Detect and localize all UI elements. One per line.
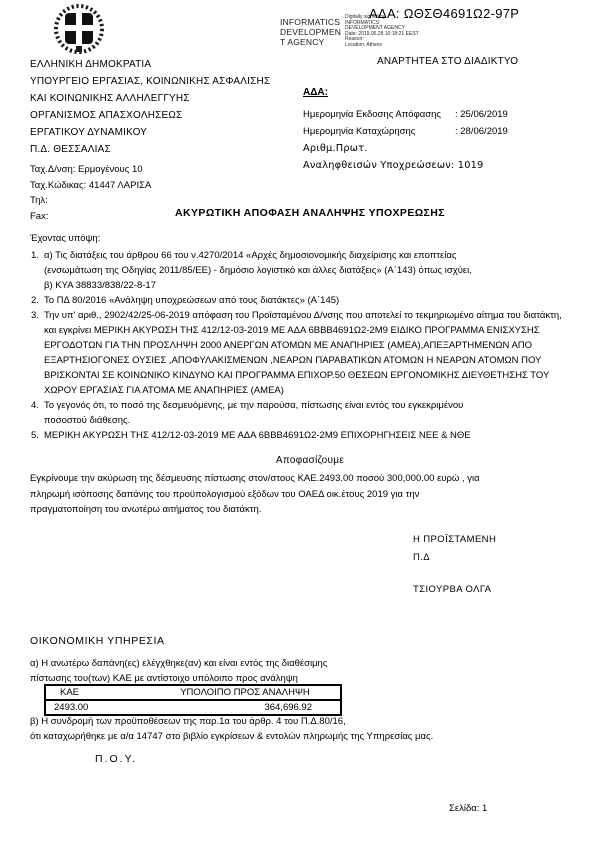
meta-value: : 28/06/2019 (455, 126, 508, 137)
coat-of-arms-icon (52, 2, 106, 58)
contact-postal-code: Ταχ.Κώδικας: 41447 ΛΑΡΙΣΑ (30, 178, 151, 194)
org-line: ΥΠΟΥΡΓΕΙΟ ΕΡΓΑΣΙΑΣ, ΚΟΙΝΩΝΙΚΗΣ ΑΣΦΑΛΙΣΗΣ (30, 73, 270, 90)
signature-block: Η ΠΡΟΪΣΤΑΜΕΝΗ Π.Δ ΤΣΙΟΥΡΒΑ ΟΛΓΑ (413, 531, 496, 599)
meta-row-obligations-number: Αναληφθεισών Υποχρεώσεων: 1019 (303, 157, 508, 174)
list-item-text: ΜΕΡΙΚΗ ΑΚΥΡΩΣΗ ΤΗΣ 412/12-03-2019 ΜΕ ΑΔΑ… (44, 428, 569, 443)
org-line: ΚΑΙ ΚΟΙΝΩΝΙΚΗΣ ΑΛΛΗΛΕΓΓΥΗΣ (30, 90, 270, 107)
decision-heading: Αποφασίζουμε (40, 455, 580, 466)
signatory-title: Η ΠΡΟΪΣΤΑΜΕΝΗ (413, 531, 496, 549)
meta-label: Αριθμ.Πρωτ. (303, 143, 368, 154)
agency-name-line: T AGENCY (280, 37, 350, 47)
list-item-text: α) Τις διατάξεις του άρθρου 66 του ν.427… (44, 248, 569, 293)
meta-label: Ημερομηνία Εκδοσης Απόφασης (303, 106, 455, 123)
kae-balance-table: ΚΑΕ ΥΠΟΛΟΙΠΟ ΠΡΟΣ ΑΝΑΛΗΨΗ 2493.00 364,69… (44, 684, 342, 716)
contact-address: Ταχ.Δ/νση: Ερμογένους 10 (30, 162, 151, 178)
financial-service-heading: ΟΙΚΟΝΟΜΙΚΗ ΥΠΗΡΕΣΙΑ (30, 635, 165, 647)
list-item-number: 2. (31, 293, 44, 308)
meta-row-protocol-number: Αριθμ.Πρωτ. (303, 140, 508, 157)
meta-label: Αναληφθεισών Υποχρεώσεων: 1019 (303, 160, 484, 171)
meta-row-issue-date: Ημερομηνία Εκδοσης Απόφασης: 25/06/2019 (303, 106, 508, 123)
org-line: ΕΛΛΗΝΙΚΗ ΔΗΜΟΚΡΑΤΙΑ (30, 56, 270, 73)
list-item-number: 1. (31, 248, 44, 293)
meta-row-registration-date: Ημερομηνία Καταχώρησης: 28/06/2019 (303, 123, 508, 140)
table-header-kae: ΚΑΕ (45, 685, 150, 700)
table-header-row: ΚΑΕ ΥΠΟΛΟΙΠΟ ΠΡΟΣ ΑΝΑΛΗΨΗ (45, 685, 341, 700)
signatory-name: ΤΣΙΟΥΡΒΑ ΟΛΓΑ (413, 581, 496, 599)
list-item-number: 5. (31, 428, 44, 443)
list-item: 5. ΜΕΡΙΚΗ ΑΚΥΡΩΣΗ ΤΗΣ 412/12-03-2019 ΜΕ … (31, 428, 569, 443)
table-row: 2493.00 364,696.92 (45, 700, 341, 715)
signature-detail-line: Location: Athens (345, 43, 455, 49)
meta-value: : 25/06/2019 (455, 109, 508, 120)
financial-paragraph-a: α) Η ανωτέρω δαπάνη(ες) ελέγχθηκε(αν) κα… (30, 656, 370, 686)
agency-name-line: INFORMATICS (280, 17, 350, 27)
meta-label: Ημερομηνία Καταχώρησης (303, 123, 455, 140)
having-regard-intro: Έχοντας υπόψη: (30, 233, 100, 244)
metadata-block: ΑΔΑ: Ημερομηνία Εκδοσης Απόφασης: 25/06/… (303, 84, 508, 174)
org-line: ΟΡΓΑΝΙΣΜΟΣ ΑΠΑΣΧΟΛΗΣΕΩΣ (30, 107, 270, 124)
table-cell-balance: 364,696.92 (150, 700, 341, 715)
having-regard-list: 1. α) Τις διατάξεις του άρθρου 66 του ν.… (31, 248, 569, 443)
list-item-number: 4. (31, 398, 44, 428)
list-item-text: Το ΠΔ 80/2016 «Ανάληψη υποχρεώσεων από τ… (44, 293, 569, 308)
list-item: 2. Το ΠΔ 80/2016 «Ανάληψη υποχρεώσεων απ… (31, 293, 569, 308)
agency-name-line: DEVELOPMEN (280, 27, 350, 37)
document-title: ΑΚΥΡΩΤΙΚΗ ΑΠΟΦΑΣΗ ΑΝΑΛΗΨΗΣ ΥΠΟΧΡΕΩΣΗΣ (40, 207, 580, 219)
document-page: { "page": { "ada_line": "ΑΔΑ: ΩΘΣΘ4691Ω2… (0, 0, 595, 842)
list-item-text: Το γεγονός ότι, το ποσό της δεσμευόμενης… (44, 398, 569, 428)
greek-coat-of-arms (52, 2, 106, 61)
organization-block: ΕΛΛΗΝΙΚΗ ΔΗΜΟΚΡΑΤΙΑ ΥΠΟΥΡΓΕΙΟ ΕΡΓΑΣΙΑΣ, … (30, 56, 270, 158)
table-header-balance: ΥΠΟΛΟΙΠΟ ΠΡΟΣ ΑΝΑΛΗΨΗ (150, 685, 341, 700)
poy-signature-label: Π.Ο.Υ. (95, 753, 137, 765)
list-item: 1. α) Τις διατάξεις του άρθρου 66 του ν.… (31, 248, 569, 293)
signatory-subtitle: Π.Δ (413, 549, 496, 567)
page-number: Σελίδα: 1 (449, 803, 487, 814)
list-item-text: Την υπ' αριθ., 2902/42/25-06-2019 απόφασ… (44, 308, 569, 398)
financial-paragraph-b: β) Η συνδρομή των προϋποθέσεων της παρ.1… (30, 714, 578, 744)
ada-label: ΑΔΑ: (303, 84, 508, 101)
list-item: 3. Την υπ' αριθ., 2902/42/25-06-2019 από… (31, 308, 569, 398)
list-item-number: 3. (31, 308, 44, 398)
ada-code-header: ΑΔΑ: ΩΘΣΘ4691Ω2-97Ρ (369, 6, 519, 21)
signature-agency-name: INFORMATICS DEVELOPMEN T AGENCY (280, 17, 350, 47)
anartitea-label: ΑΝΑΡΤΗΤΕΑ ΣΤΟ ΔΙΑΔΙΚΤΥΟ (377, 56, 518, 67)
table-cell-kae: 2493.00 (45, 700, 150, 715)
list-item: 4. Το γεγονός ότι, το ποσό της δεσμευόμε… (31, 398, 569, 428)
decision-body: Εγκρίνουμε την ακύρωση της δέσμευσης πίσ… (30, 471, 578, 518)
org-line: ΕΡΓΑΤΙΚΟΥ ΔΥΝΑΜΙΚΟΥ (30, 124, 270, 141)
org-line: Π.Δ. ΘΕΣΣΑΛΙΑΣ (30, 141, 270, 158)
